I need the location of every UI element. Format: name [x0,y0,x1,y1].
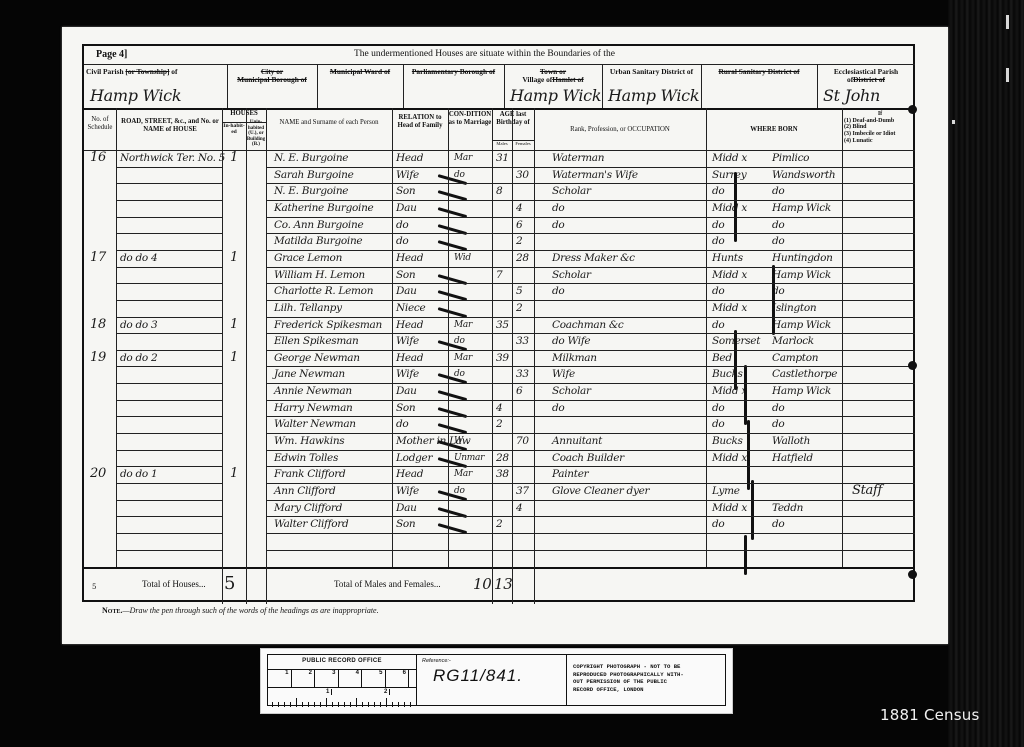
col-header-males: Males [492,141,512,146]
row-born-county: do [712,217,724,234]
row-relation: Head [396,317,423,334]
rule [266,383,915,384]
row-road: do do 4 [120,250,157,267]
ruler-number: 4 [339,670,363,687]
row-born-county: do [712,416,724,433]
ruler-tick [398,702,399,707]
ruler-tick [284,702,285,707]
row-occupation: Waterman's Wife [552,167,638,184]
row-occupation: Annuitant [552,433,602,450]
row-name: Grace Lemon [274,250,342,267]
row-born-county: Bucks [712,433,743,450]
rule [706,108,707,567]
rule [602,64,603,108]
rule [116,267,222,268]
row-relation: Lodger [396,450,432,467]
rule [266,500,915,501]
row-occupation: Wife [552,366,575,383]
boundary-label: Municipal Ward of [319,68,401,76]
rule [266,250,915,251]
row-male-age: 35 [496,317,509,334]
scan-mark [1006,68,1009,82]
rule [266,350,915,351]
row-relation: Dau [396,283,417,300]
rule [392,108,393,567]
row-born-place: Hamp Wick [772,267,831,284]
row-occupation: Coach Builder [552,450,624,467]
row-occupation: do Wife [552,333,590,350]
row-female-age: 6 [516,217,522,234]
copyright-line: REPRODUCED PHOTOGRAPHICALLY WITH- [573,671,727,679]
ruler-number: 1 [326,689,332,695]
row-relation: Wife [396,483,419,500]
boundary-value: St John [823,86,880,105]
row-male-age: 39 [496,350,509,367]
row-name: Charlotte R. Lemon [274,283,373,300]
table-row: Mary CliffordDau4Midd xTeddn [84,500,915,517]
rule [266,366,915,367]
row-road: do do 2 [120,350,157,367]
table-row: Ellen SpikesmanWifedo33do WifeSomersetMa… [84,333,915,350]
col-header-females: Females [512,141,534,146]
boundary-label: Ecclesiastical Parish ofDistrict of [819,68,913,84]
boundary-value: Hamp Wick [90,86,181,105]
scan-border [948,0,1024,747]
row-male-age: 8 [496,183,502,200]
rule [266,267,915,268]
rule [116,250,222,251]
boundary-label-part: District of [853,75,885,84]
rule [222,122,266,123]
rule [84,567,915,569]
row-born-county: Midd x [712,300,747,317]
row-relation: Son [396,183,415,200]
rule [116,416,222,417]
rule [116,483,222,484]
boundary-label: Civil Parish [or Township] of [86,68,225,76]
col-header-uninhabited: Unin-habited (U.), or Building (B.) [246,120,266,148]
infirmity-option: (4) Lunatic [844,138,916,145]
ruler-number: 5 [362,670,386,687]
rule [116,300,222,301]
enumerator-check-mark [744,535,747,575]
boundary-label: City orMunicipal Borough of [229,68,315,84]
row-born-county: Surrey [712,167,746,184]
table-row: Harry NewmanSon4dododo [84,400,915,417]
row-relation: Son [396,267,415,284]
rule [512,108,513,567]
boundary-cell: Parliamentary Borough of [403,66,504,108]
row-male-age: 28 [496,450,509,467]
col-header-age: AGE last Birthday of [492,111,534,126]
reference-box: Reference:- RG11/841. [417,655,567,705]
total-males-value: 10 [473,575,492,593]
rule [492,140,534,141]
reference-label: Reference:- [417,655,566,664]
row-occupation: Dress Maker &c [552,250,635,267]
row-born-place: Marlock [772,333,814,350]
boundary-label-part: Civil Parish [86,67,125,76]
row-schedule: 17 [90,250,106,267]
row-female-age: 5 [516,283,522,300]
boundary-label: Parliamentary Borough of [405,68,502,76]
binding-hole [908,570,917,579]
table-row: Co. Ann Burgoinedo6dododo [84,217,915,234]
row-occupation: do [552,283,564,300]
row-name: N. E. Burgoine [274,150,348,167]
rule [266,450,915,451]
row-name: N. E. Burgoine [274,183,348,200]
rule [84,150,915,151]
census-page: Page 4] The undermentioned Houses are si… [62,27,948,644]
row-relation: Wife [396,333,419,350]
row-occupation: Scholar [552,183,591,200]
rule [317,64,318,108]
row-born-place: Hamp Wick [772,200,831,217]
rule [266,167,915,168]
row-born-place: Campton [772,350,818,367]
record-office-strip: PUBLIC RECORD OFFICE 123456 12 Reference… [260,648,733,714]
table-row: Katherine BurgoineDau4doMidd xHamp Wick [84,200,915,217]
row-female-age: 30 [516,167,529,184]
boundary-cell: Rural Sanitary District of [701,66,817,108]
rule [116,433,222,434]
row-occupation: do [552,217,564,234]
col-header-where-born: WHERE BORN [706,126,842,134]
ruler-tick [356,698,357,707]
row-born-county: do [712,317,724,334]
col-header-occupation: Rank, Profession, or OCCUPATION [534,126,706,134]
row-name: Katherine Burgoine [274,200,373,217]
enumerator-check-mark [734,330,737,390]
row-born-county: do [712,516,724,533]
record-office-title: PUBLIC RECORD OFFICE [268,655,416,664]
ruler-tick [278,702,279,707]
table-row: Charlotte R. LemonDau5dododo [84,283,915,300]
ruler-tick [410,702,411,707]
row-relation: Dau [396,200,417,217]
row-relation: do [396,217,408,234]
copyright-line: COPYRIGHT PHOTOGRAPH - NOT TO BE [573,663,727,671]
table-row: 17do do 41Grace LemonHeadWid28Dress Make… [84,250,915,267]
rule [116,450,222,451]
table-row: 16Northwick Ter. No. 51N. E. BurgoineHea… [84,150,915,167]
ruler-tick [290,702,291,707]
row-occupation: Waterman [552,150,604,167]
row-born-place: Huntingdon [772,250,833,267]
col-header-schedule: No. of Schedule [84,116,116,131]
boundary-cell: Town or Village ofHamlet ofHamp Wick [504,66,602,108]
row-female-age: 4 [516,200,522,217]
enumerator-check-mark [747,420,750,490]
rule [84,64,915,65]
row-born-county: Midd x [712,450,747,467]
row-inhabited: 1 [230,250,238,267]
boundary-label-part: Parliamentary Borough of [412,67,495,76]
table-row: Ann CliffordWifedo37Glove Cleaner dyerLy… [84,483,915,500]
row-female-age: 28 [516,250,529,267]
row-born-place: do [772,233,784,250]
note-text: —Draw the pen through such of the words … [122,606,378,615]
row-born-place: Pimlico [772,150,809,167]
row-born-county: Midd x [712,267,747,284]
boundary-cell: Ecclesiastical Parish ofDistrict ofSt Jo… [817,66,915,108]
row-relation: Head [396,150,423,167]
row-schedule: 20 [90,466,106,483]
row-born-county: do [712,183,724,200]
row-born-county: do [712,400,724,417]
col-header-inhabited: In-habit-ed [222,123,246,136]
row-infirmity: Staff [852,483,882,500]
rule [266,433,915,434]
row-born-place: do [772,416,784,433]
ruler-tick [320,702,321,707]
row-name: George Newman [274,350,360,367]
row-condition: Wid [454,250,471,267]
ruler-tick [404,702,405,707]
row-female-age: 70 [516,433,529,450]
row-female-age: 33 [516,333,529,350]
row-born-place: Islington [772,300,816,317]
row-female-age: 33 [516,366,529,383]
row-road: Northwick Ter. No. 5 [120,150,225,167]
rule [116,200,222,201]
row-born-place: Teddn [772,500,803,517]
ruler-number: 2 [292,670,316,687]
copyright-line: RECORD OFFICE, LONDON [573,686,727,694]
rule [492,567,493,604]
row-occupation: Scholar [552,383,591,400]
totals-row-mark: 5 [92,583,96,591]
row-born-place: Hatfield [772,450,813,467]
row-born-place: do [772,400,784,417]
row-female-age: 37 [516,483,529,500]
row-occupation: Painter [552,466,588,483]
rule [116,500,222,501]
scan-mark [1006,15,1009,29]
row-name: Matilda Burgoine [274,233,362,250]
ruler-tick [314,702,315,707]
row-born-county: do [712,283,724,300]
rule [116,350,222,351]
ruler-tick [332,702,333,707]
row-schedule: 19 [90,350,106,367]
boundary-value: Hamp Wick [510,86,601,105]
row-schedule: 16 [90,150,106,167]
row-relation: do [396,416,408,433]
row-born-county: Bucks [712,366,743,383]
table-row: 20do do 11Frank CliffordHeadMar38Painter [84,466,915,483]
row-relation: Wife [396,167,419,184]
col-header-houses: HOUSES [222,110,266,118]
note-prefix: Note. [102,606,122,615]
row-relation: Son [396,400,415,417]
rule [266,533,915,534]
copyright-line: OUT PERMISSION OF THE PUBLIC [573,678,727,686]
total-females-value: 13 [494,575,513,593]
boundary-label: Town or Village ofHamlet of [506,68,600,84]
row-name: Annie Newman [274,383,352,400]
rule [266,233,915,234]
row-female-age: 2 [516,300,522,317]
boundary-label-part: Urban Sanitary District of [610,67,693,76]
row-inhabited: 1 [230,150,238,167]
ruler-tick [302,702,303,707]
rule [266,317,915,318]
boundary-cell: City orMunicipal Borough of [227,66,317,108]
rule [116,217,222,218]
rule [504,64,505,108]
binding-hole [908,105,917,114]
ruler-number: 1 [268,670,292,687]
boundary-label-part: of [169,67,177,76]
boundary-label-part: Hamlet of [552,75,583,84]
row-condition: Mar [454,350,472,367]
row-born-place: Castlethorpe [772,366,837,383]
rule [116,533,222,534]
row-male-age: 2 [496,516,502,533]
ruler-tick [374,702,375,707]
row-born-place: Hamp Wick [772,383,831,400]
ruler-tick [308,702,309,707]
ruler-tick [362,702,363,707]
ruler-tick [338,702,339,707]
rule [266,333,915,334]
rule [116,550,222,551]
ruler-number: 2 [384,689,390,695]
table-row: Annie NewmanDau6ScholarMidd xHamp Wick [84,383,915,400]
row-male-age: 7 [496,267,502,284]
image-caption: 1881 Census [880,706,980,724]
rule [266,283,915,284]
rule [116,317,222,318]
boundary-label-part: Rural Sanitary District of [718,67,799,76]
table-row [84,533,915,550]
rule [534,108,535,567]
row-relation: Head [396,250,423,267]
measurement-ruler: PUBLIC RECORD OFFICE 123456 12 [268,655,417,705]
ruler-tick [296,698,297,707]
table-row: Sarah BurgoineWifedo30Waterman's WifeSur… [84,167,915,184]
row-male-age: 4 [496,400,502,417]
row-inhabited: 1 [230,466,238,483]
col-header-name: NAME and Surname of each Person [270,119,388,127]
row-occupation: do [552,400,564,417]
row-born-place: Walloth [772,433,810,450]
ruler-tick [344,702,345,707]
table-row: Edwin TollesLodgerUnmar28Coach BuilderMi… [84,450,915,467]
rule [116,333,222,334]
boundary-label: Urban Sanitary District of [604,68,699,76]
ruler-tick [368,702,369,707]
row-schedule: 18 [90,317,106,334]
row-name: Ellen Spikesman [274,333,358,350]
rule [266,466,915,467]
row-female-age: 2 [516,233,522,250]
rule [116,167,222,168]
rule [266,400,915,401]
ruler-tick [392,702,393,707]
ruler-tick [326,698,327,707]
row-name: William H. Lemon [274,267,365,284]
row-born-county: Hunts [712,250,743,267]
rule [266,483,915,484]
boundary-value: Hamp Wick [608,86,699,105]
col-header-infirmity: If(1) Deaf-and-Dumb(2) Blind(3) Imbecile… [844,111,916,145]
row-road: do do 3 [120,317,157,334]
rule [266,300,915,301]
row-relation: Dau [396,500,417,517]
ruler-number: 6 [386,670,410,687]
row-name: Sarah Burgoine [274,167,354,184]
rule [403,64,404,108]
row-name: Walter Clifford [274,516,348,533]
infirmity-option: (3) Imbecile or Idiot [844,131,916,138]
col-header-road: ROAD, STREET, &c., and No. or NAME of HO… [120,118,220,133]
row-name: Edwin Tolles [274,450,338,467]
form-note: Note.—Draw the pen through such of the w… [102,606,379,615]
boundary-cell: Urban Sanitary District ofHamp Wick [602,66,701,108]
table-row: Lilh. TellanpyNiece2Midd xIslington [84,300,915,317]
boundary-label: Rural Sanitary District of [703,68,815,76]
rule [116,466,222,467]
infirmity-option: If [844,111,916,118]
row-born-place: do [772,217,784,234]
row-name: Walter Newman [274,416,356,433]
row-relation: Son [396,516,415,533]
row-name: Harry Newman [274,400,353,417]
row-name: Mary Clifford [274,500,342,517]
rule [227,64,228,108]
rule [116,183,222,184]
rule [266,217,915,218]
row-born-place: Hamp Wick [772,317,831,334]
boundary-label-part: [or Township] [125,67,169,76]
table-row: 18do do 31Frederick SpikesmanHeadMar35Co… [84,317,915,334]
row-inhabited: 1 [230,317,238,334]
row-road: do do 1 [120,466,157,483]
row-born-place: Wandsworth [772,167,835,184]
table-row: N. E. BurgoineSon8Scholardodo [84,183,915,200]
row-born-county: Midd x [712,500,747,517]
row-born-place: do [772,516,784,533]
row-occupation: Glove Cleaner dyer [552,483,649,500]
ruler-number: 3 [315,670,339,687]
table-row: Matilda Burgoinedo2dodo [84,233,915,250]
row-born-place: do [772,183,784,200]
boundary-label-part: Municipal Ward of [330,67,390,76]
row-name: Jane Newman [274,366,345,383]
page-label: Page 4] [96,49,127,60]
ruler-tick [386,698,387,707]
row-born-county: Midd x [712,200,747,217]
boundary-label-part: Municipal Borough of [237,75,307,84]
row-occupation: Milkman [552,350,597,367]
rule [266,183,915,184]
rule [246,567,247,604]
census-form: Page 4] The undermentioned Houses are si… [82,44,915,602]
rule [222,108,223,567]
col-header-relation: RELATION to Head of Family [392,114,448,129]
col-header-condition: CON-DITION as to Marriage [448,111,492,126]
row-name: Frederick Spikesman [274,317,382,334]
row-born-county: Bed [712,350,732,367]
row-relation: Dau [396,383,417,400]
rule [116,400,222,401]
rule [116,283,222,284]
rule [116,233,222,234]
rule [266,567,267,604]
